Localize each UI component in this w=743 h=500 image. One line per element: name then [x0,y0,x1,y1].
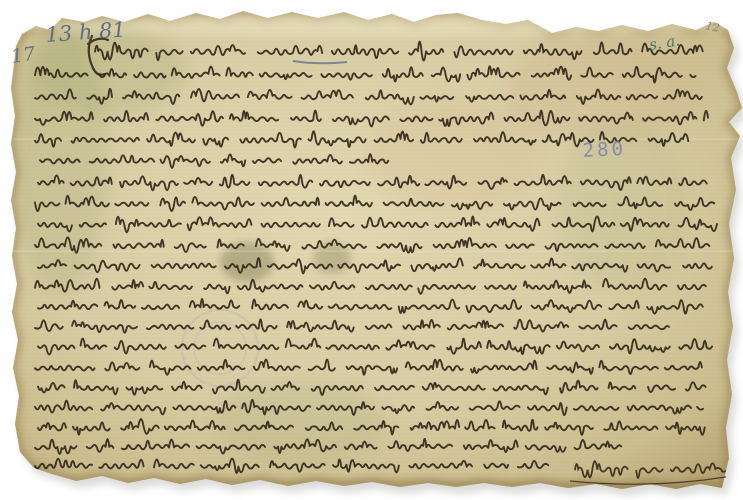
scan-canvas: 13 h 81 17 12 s. a. 280 [0,0,743,500]
paper-sheet [0,11,742,495]
margin-number-pencil: 17 [10,43,38,68]
manuscript-scan: 13 h 81 17 12 s. a. 280 [0,0,743,500]
number-stamp: 280 [582,138,626,162]
